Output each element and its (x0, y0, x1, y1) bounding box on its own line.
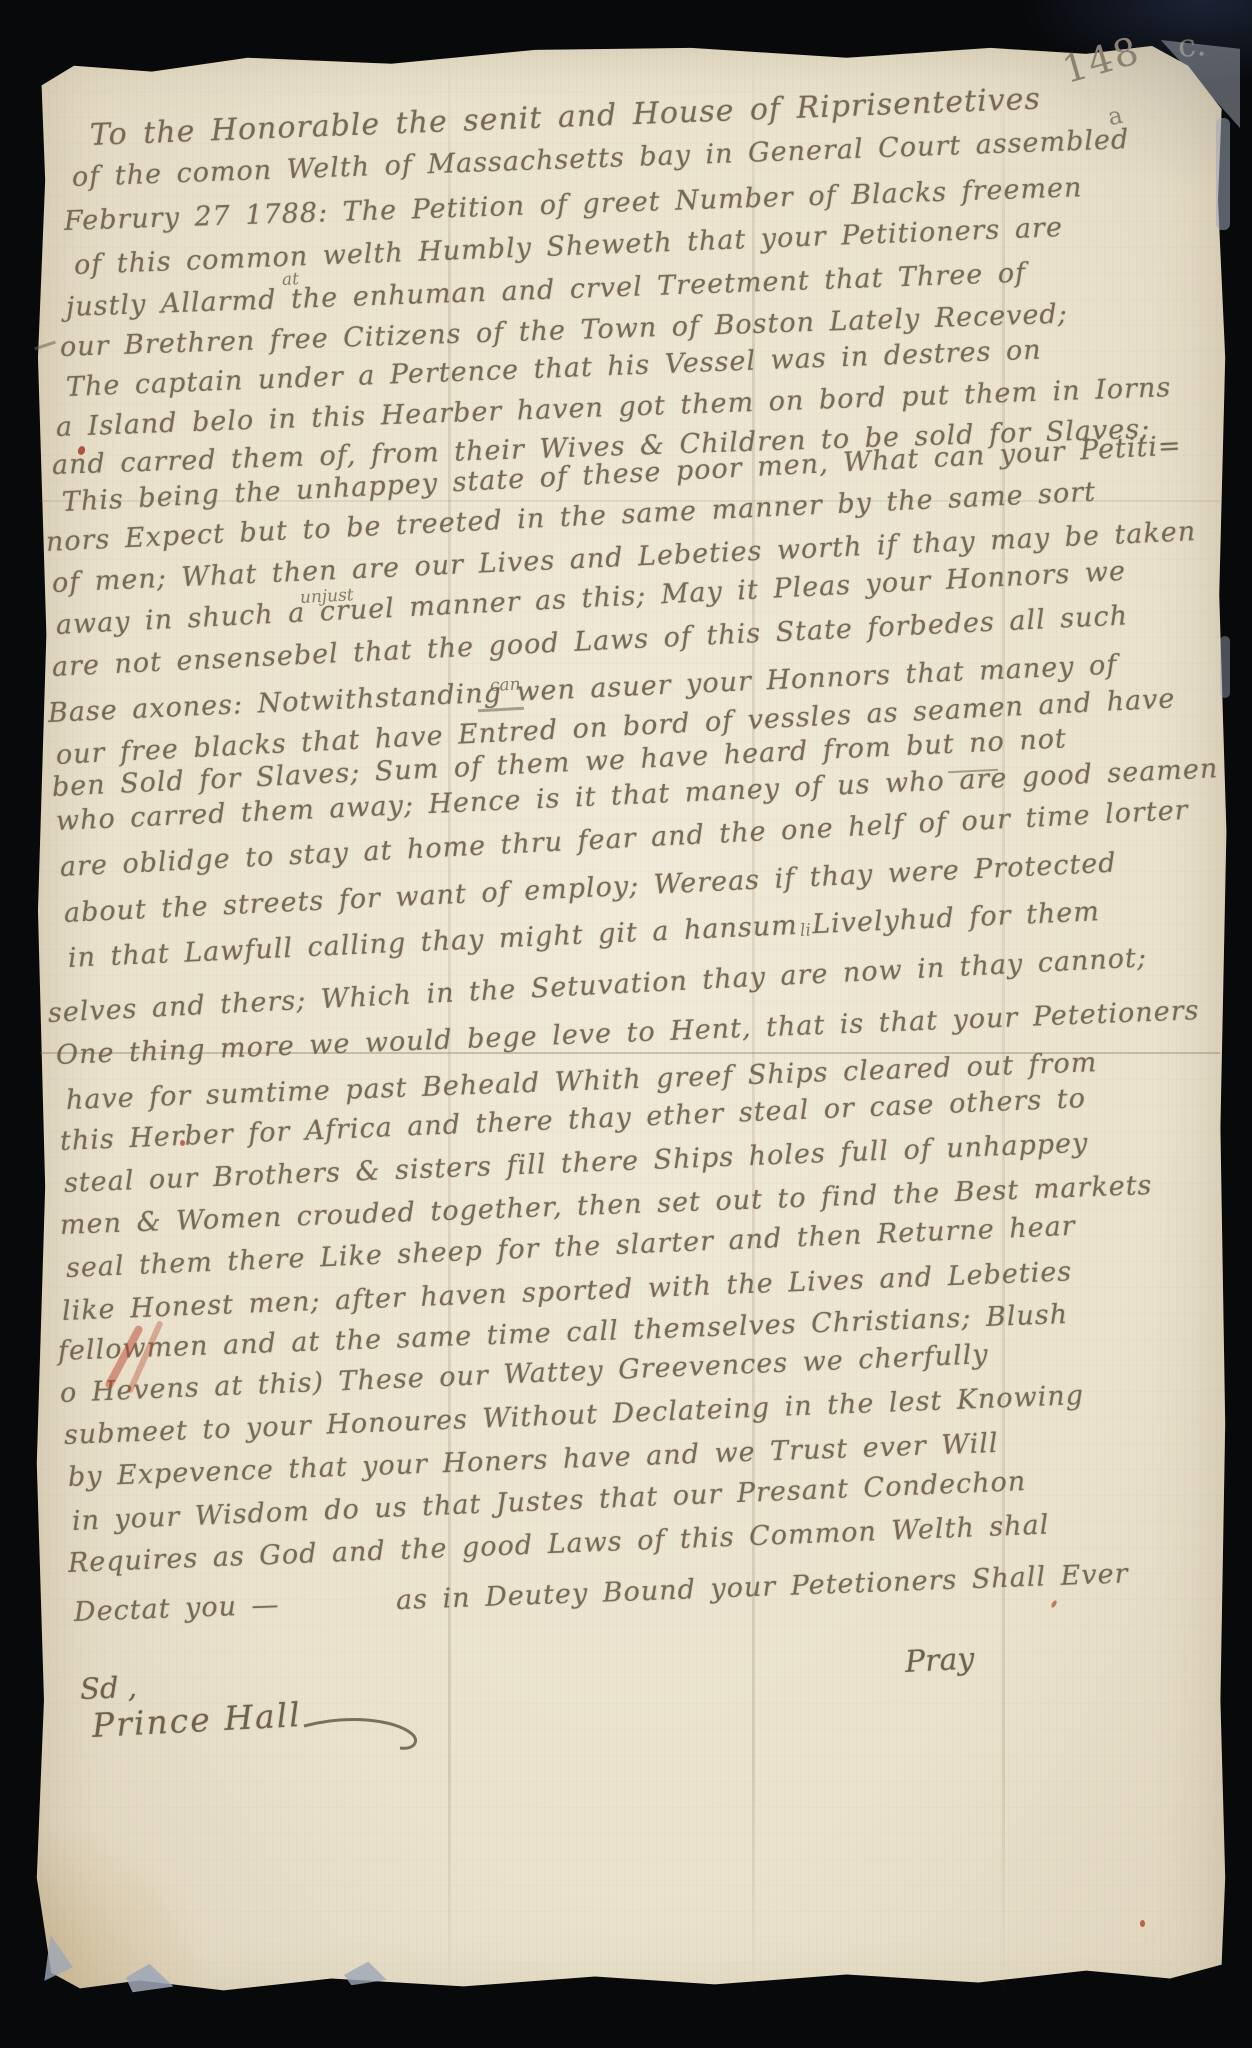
interlinear-insertion: li (799, 920, 811, 941)
signature-flourish (300, 1712, 430, 1756)
interlinear-insertion: unjust (299, 585, 354, 608)
edge-wear-mark (1216, 118, 1230, 230)
red-ink-spot (180, 1140, 185, 1146)
signed-abbreviation: Sd , (79, 1670, 137, 1706)
red-ink-spot (1140, 1920, 1145, 1927)
interlinear-insertion: at (281, 269, 299, 290)
pray-label: Pray (904, 1641, 975, 1680)
photograph-background: 148 a c. To the Honorable the senit and … (0, 0, 1252, 2048)
edge-wear-mark (1220, 636, 1230, 698)
interlinear-insertion: can (489, 674, 521, 696)
